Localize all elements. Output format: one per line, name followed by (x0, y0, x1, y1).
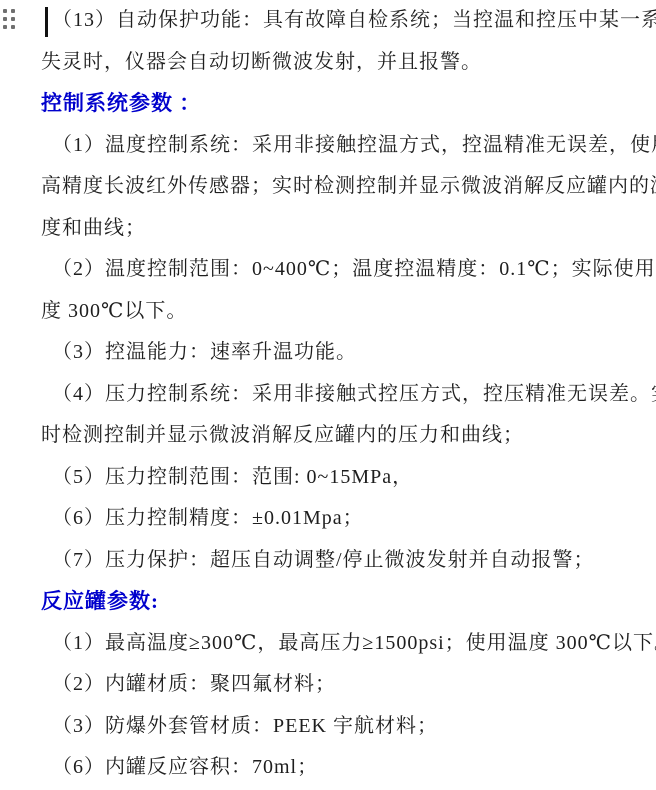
drag-handle-dot (3, 9, 7, 13)
drag-handle-dot (11, 25, 15, 29)
spec-item-line: 时检测控制并显示微波消解反应罐内的压力和曲线； (41, 415, 647, 457)
spec-item-line: （6）内罐反应容积：70ml； (41, 747, 647, 789)
spec-item-line: （5）压力控制范围：范围: 0~15MPa， (41, 457, 647, 499)
spec-item-line: （7）压力保护：超压自动调整/停止微波发射并自动报警； (41, 540, 647, 582)
spec-item-line: （1）温度控制系统：采用非接触控温方式，控温精准无误差，使用 (41, 125, 647, 167)
spec-item-line: （2）温度控制范围：0~400℃；温度控温精度：0.1℃；实际使用温 (41, 249, 647, 291)
paragraph-line: （13）自动保护功能：具有故障自检系统；当控温和控压中某一系统 (41, 0, 647, 42)
spec-item-line: （6）压力控制精度：±0.01Mpa； (41, 498, 647, 540)
spec-item-line: （1）最高温度≥300℃，最高压力≥1500psi；使用温度 300℃以下。 (41, 623, 647, 665)
drag-handle-dot (3, 17, 7, 21)
drag-handle-dot (11, 9, 15, 13)
drag-handle-dot (11, 17, 15, 21)
paragraph-line: 失灵时，仪器会自动切断微波发射，并且报警。 (41, 42, 647, 84)
spec-item-line: 高精度长波红外传感器；实时检测控制并显示微波消解反应罐内的温 (41, 166, 647, 208)
spec-item-line: （3）防爆外套管材质：PEEK 宇航材料； (41, 706, 647, 748)
document-body[interactable]: （13）自动保护功能：具有故障自检系统；当控温和控压中某一系统 失灵时，仪器会自… (41, 0, 647, 789)
spec-item-line: （4）压力控制系统：采用非接触式控压方式，控压精准无误差。实 (41, 374, 647, 416)
drag-handle-icon[interactable] (3, 9, 15, 29)
spec-item-line: 度 300℃以下。 (41, 291, 647, 333)
spec-item-line: （3）控温能力：速率升温功能。 (41, 332, 647, 374)
spec-item-line: （2）内罐材质：聚四氟材料； (41, 664, 647, 706)
section-heading-control-system: 控制系统参数 ： (41, 83, 647, 125)
section-heading-reaction-vessel: 反应罐参数: (41, 581, 647, 623)
spec-item-line: 度和曲线； (41, 208, 647, 250)
drag-handle-dot (3, 25, 7, 29)
